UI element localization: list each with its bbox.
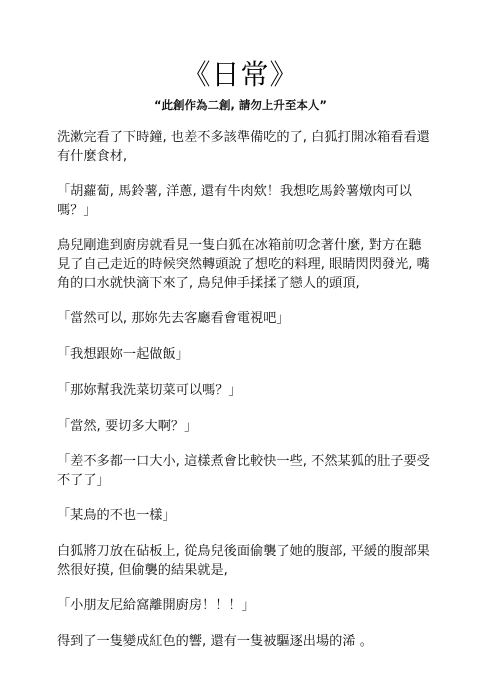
paragraph: 「胡蘿蔔, 馬鈴薯, 洋蔥, 還有牛肉欸！我想吃馬鈴薯燉肉可以 嗎？」 <box>57 182 432 220</box>
paragraph: 「某鳥的不也一樣」 <box>57 506 432 525</box>
paragraph: 鳥兒剛進到廚房就看見一隻白狐在冰箱前叨念著什麼, 對方在聽 見了自己走近的時候突… <box>57 236 432 293</box>
paragraph: 「小朋友尼給窩離開廚房！！！」 <box>57 596 432 615</box>
document-title: 《日常》 <box>0 58 481 92</box>
paragraph: 得到了一隻變成紅色的響, 還有一隻被驅逐出場的浠 。 <box>57 632 432 651</box>
document-subtitle: “此創作為二創, 請勿上升至本人” <box>0 97 481 113</box>
paragraph: 洗漱完看了下時鐘, 也差不多該準備吃的了, 白狐打開冰箱看看還 有什麼食材, <box>57 128 432 166</box>
paragraph: 「我想跟妳一起做飯」 <box>57 345 432 364</box>
document-page: 《日常》 “此創作為二創, 請勿上升至本人” 洗漱完看了下時鐘, 也差不多該準備… <box>0 0 481 680</box>
paragraph: 白狐將刀放在砧板上, 從鳥兒後面偷襲了她的腹部, 平緩的腹部果 然很好摸, 但偷… <box>57 542 432 580</box>
paragraph: 「當然, 要切多大啊？」 <box>57 417 432 436</box>
paragraph: 「那妳幫我洗菜切菜可以嗎？」 <box>57 381 432 400</box>
paragraph: 「差不多都一口大小, 這樣煮會比較快一些, 不然某狐的肚子要受 不了了」 <box>57 452 432 490</box>
paragraph: 「當然可以, 那妳先去客廳看會電視吧」 <box>57 309 432 328</box>
